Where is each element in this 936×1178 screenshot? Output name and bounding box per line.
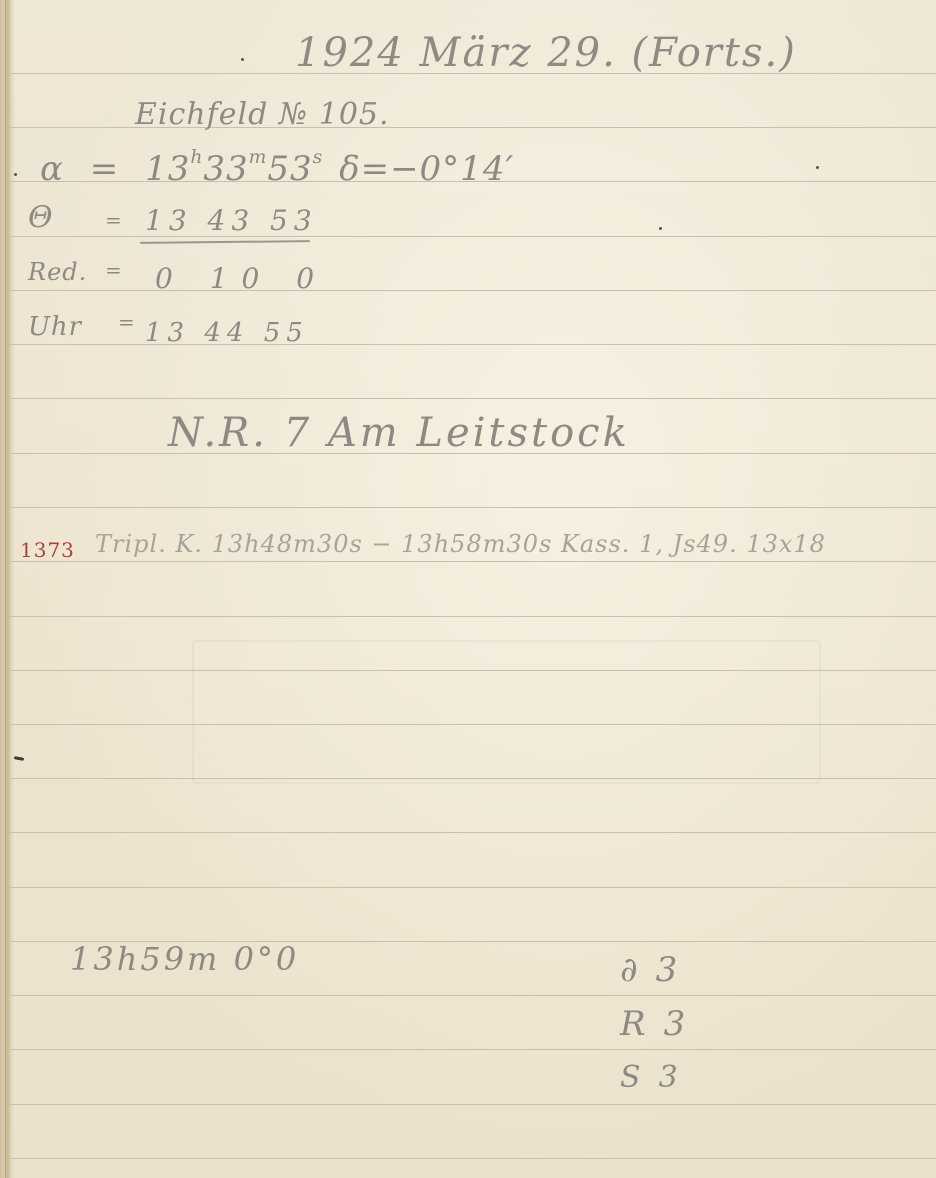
reduction-label: Red. xyxy=(28,258,87,286)
exposure-entry: Tripl. K. 13h48m30s − 13h58m30s Kass. 1,… xyxy=(95,530,826,558)
rating-value: 3 xyxy=(659,1060,696,1095)
ruled-line xyxy=(6,616,936,617)
theta-value: 13 43 53 xyxy=(145,204,318,237)
ruled-line xyxy=(6,398,936,399)
rating-row: S3 xyxy=(620,1060,696,1095)
rating-value: 3 xyxy=(664,1004,704,1044)
rating-row: R3 xyxy=(620,1004,703,1044)
ruled-line xyxy=(6,832,936,833)
ink-speck xyxy=(659,227,662,230)
rating-value: 3 xyxy=(656,950,696,990)
ruled-line xyxy=(6,995,936,996)
ruled-line xyxy=(6,290,936,291)
rating-symbol: ∂ xyxy=(620,950,656,990)
alpha-seconds: 53 xyxy=(267,149,312,189)
minutes-unit: m xyxy=(249,147,268,168)
clock-equals: = xyxy=(118,310,136,334)
alpha-minutes: 33 xyxy=(203,149,248,189)
clock-label: Uhr xyxy=(28,312,82,342)
reduction-value: 0 10 0 xyxy=(155,262,328,295)
page-heading: 1924 März 29. (Forts.) xyxy=(295,30,797,76)
alpha-hours: 13 xyxy=(145,149,190,189)
pencil-mark xyxy=(14,756,24,761)
ink-speck xyxy=(14,173,17,176)
alpha-symbol: α xyxy=(40,149,64,189)
ruled-line xyxy=(6,1049,936,1050)
ink-speck xyxy=(816,166,819,169)
ruled-line xyxy=(6,1104,936,1105)
binding-line xyxy=(5,0,6,1178)
clock-value: 13 44 55 xyxy=(145,318,309,348)
ruled-line xyxy=(6,561,936,562)
hours-unit: h xyxy=(190,147,203,168)
coordinates-line: α = 13h33m53s δ=−0°14′ xyxy=(40,147,514,189)
rating-symbol: R xyxy=(620,1004,664,1044)
ruled-line xyxy=(6,1158,936,1159)
delta-equals: = xyxy=(361,149,391,189)
delta-value: −0°14′ xyxy=(390,149,514,189)
plate-number: 1373 xyxy=(20,538,75,562)
binding-edge xyxy=(0,0,14,1178)
alpha-equals: = xyxy=(90,149,120,189)
sum-underline xyxy=(140,240,310,244)
notebook-page: 1924 März 29. (Forts.) Eichfeld № 105. α… xyxy=(0,0,936,1178)
reduction-equals: = xyxy=(105,258,123,282)
instrument-note: N.R. 7 Am Leitstock xyxy=(168,410,630,456)
delta-symbol: δ xyxy=(339,149,360,189)
ink-speck xyxy=(241,58,244,61)
rating-symbol: S xyxy=(620,1060,659,1095)
theta-equals: = xyxy=(105,208,123,232)
field-label: Eichfeld № 105. xyxy=(135,97,390,132)
observation-time: 13h59m 0°0 xyxy=(70,940,299,978)
rating-row: ∂3 xyxy=(620,950,695,990)
show-through-box xyxy=(192,640,821,784)
seconds-unit: s xyxy=(313,147,324,168)
ruled-line xyxy=(6,887,936,888)
theta-label: Θ xyxy=(28,200,54,235)
ruled-line xyxy=(6,507,936,508)
